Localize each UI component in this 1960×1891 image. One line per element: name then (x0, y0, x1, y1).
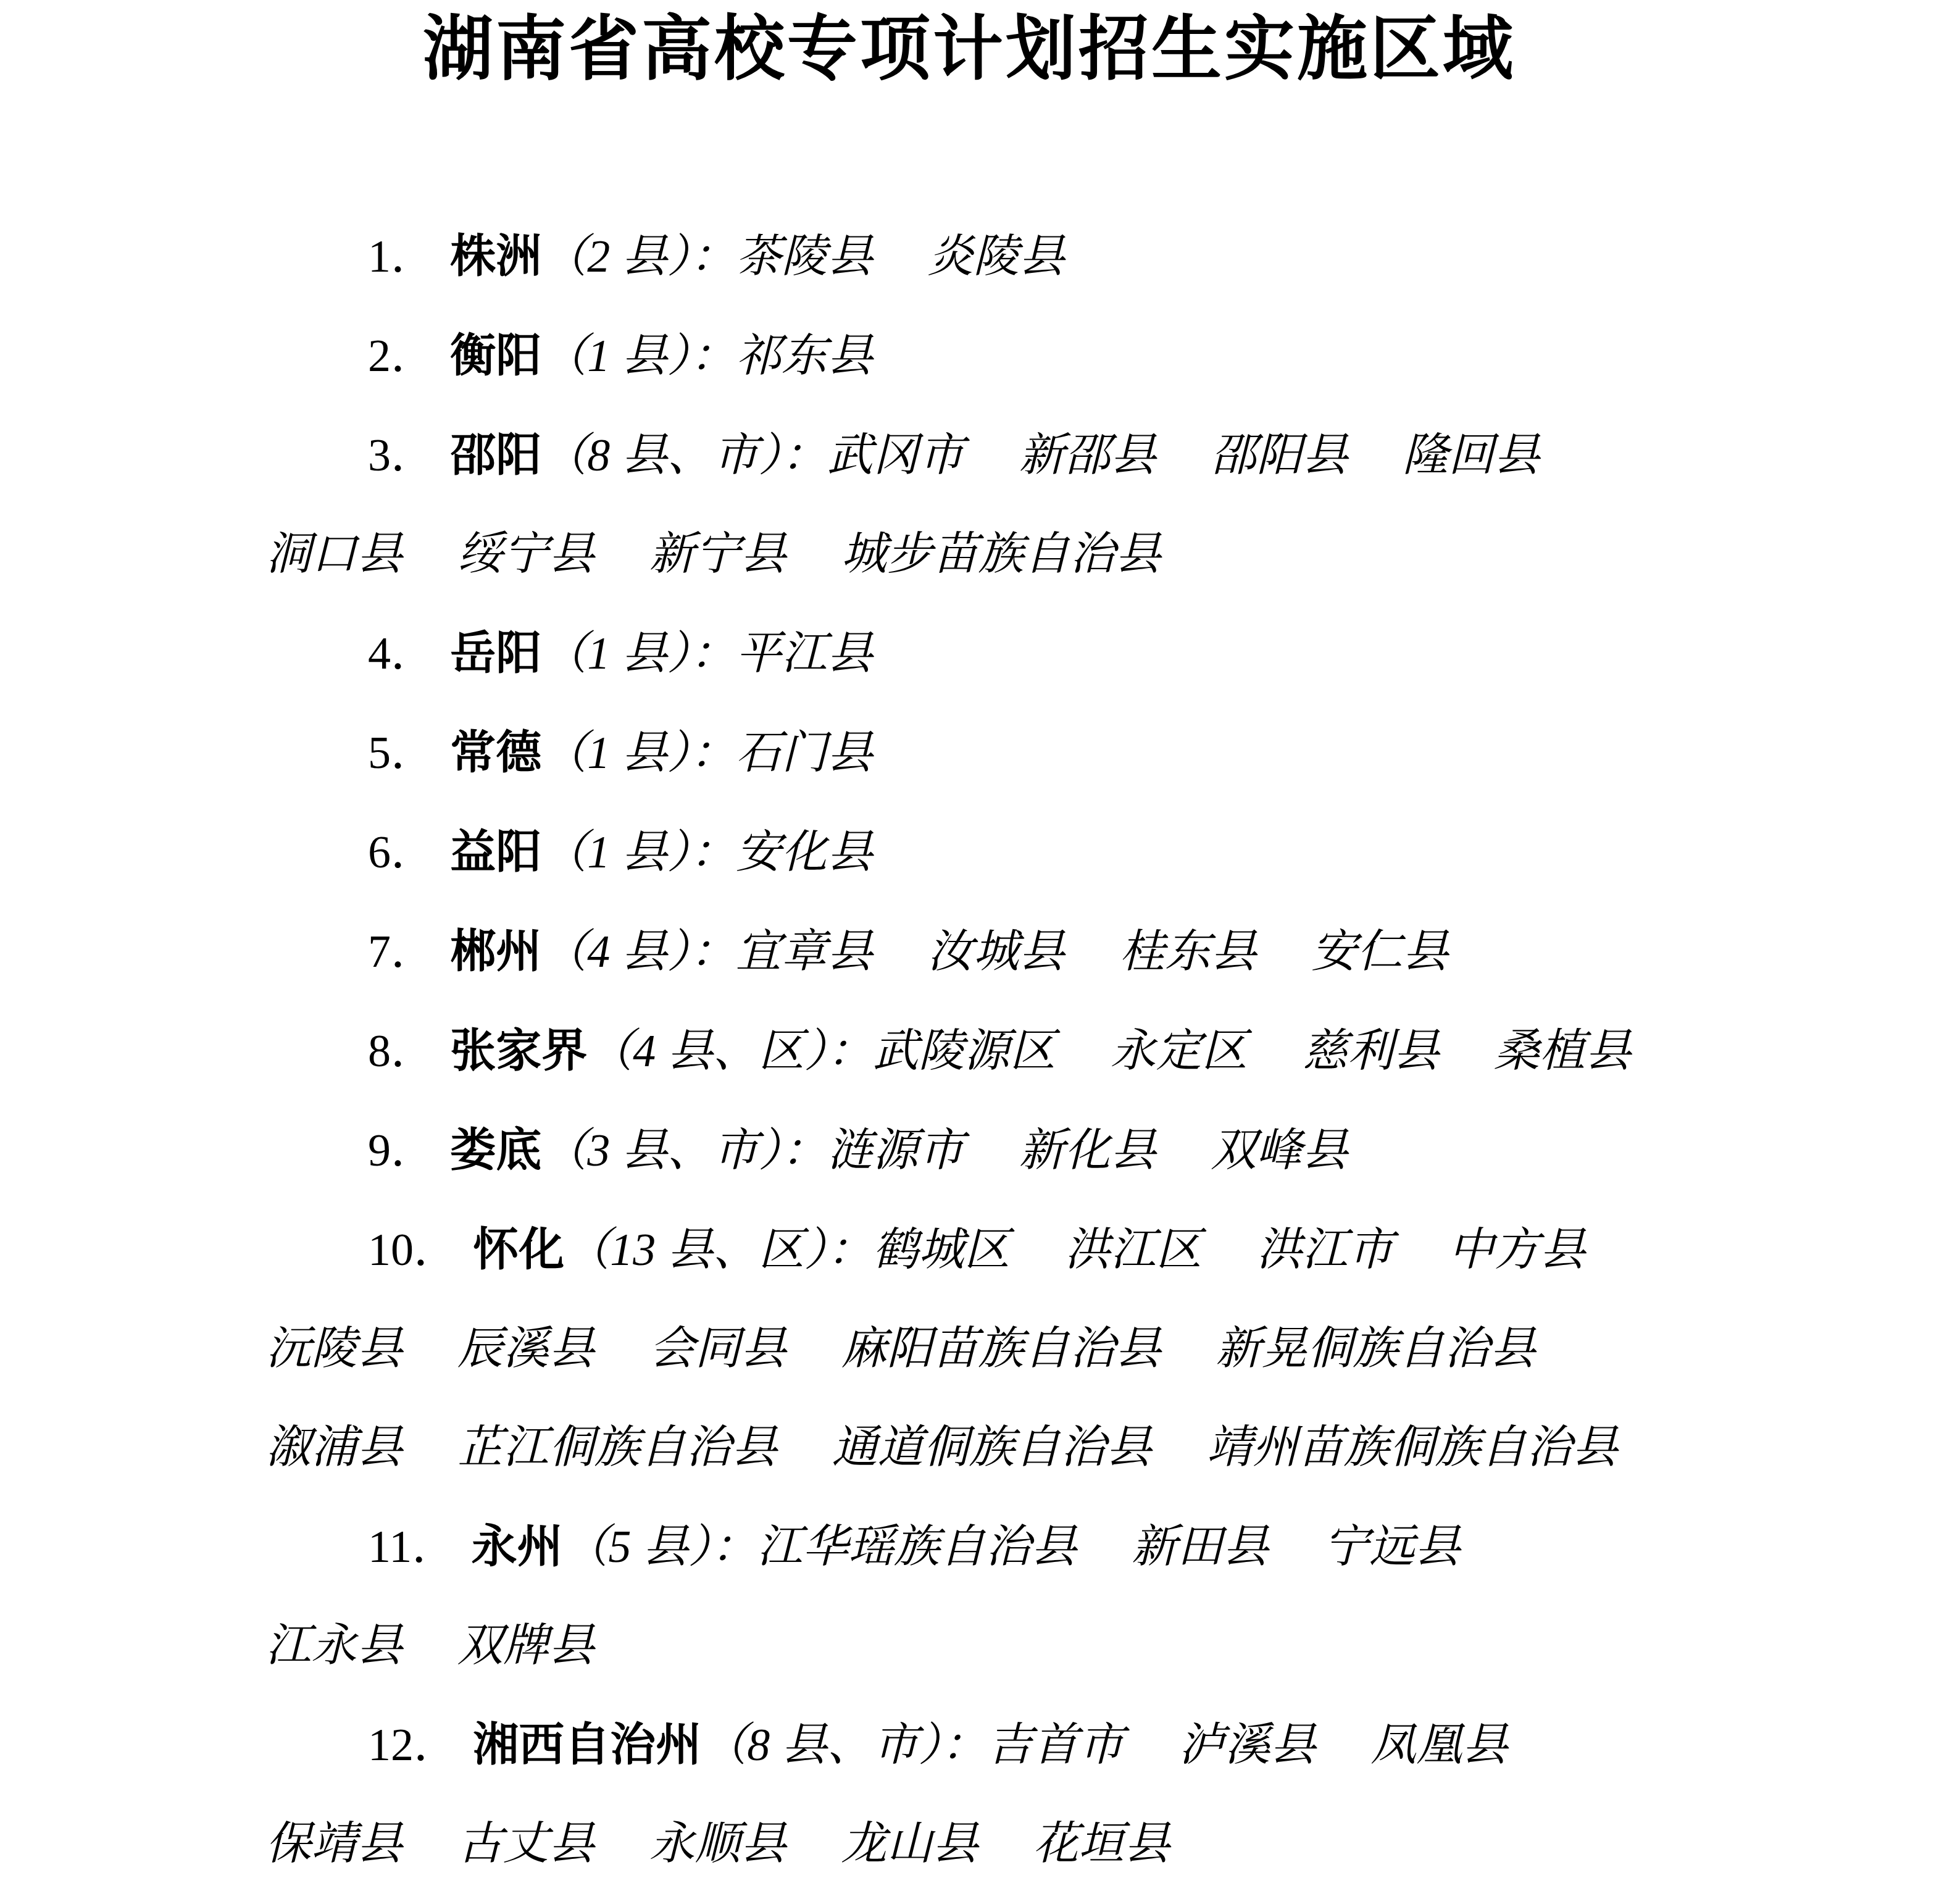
county-list: 武陵源区 永定区 慈利县 桑植县 (873, 1026, 1631, 1077)
county-count: （8 县、市）： (701, 1720, 987, 1771)
county-name: 花垣县 (1033, 1795, 1170, 1891)
county-name: 平江县 (736, 604, 873, 703)
item-number: 6． (368, 827, 436, 878)
region-item: 5．常德（1 县）：石门县 (265, 703, 1673, 803)
city-name: 益阳 (450, 826, 541, 877)
city-name: 邵阳 (450, 429, 541, 480)
item-number: 5． (368, 728, 436, 779)
county-name: 古丈县 (457, 1795, 594, 1891)
county-count: （1 县）： (541, 628, 736, 679)
county-list: 平江县 (736, 628, 873, 679)
item-number: 11． (368, 1522, 457, 1572)
item-number: 1． (368, 232, 436, 282)
county-name: 鹤城区 (873, 1201, 1010, 1300)
city-name: 衡阳 (450, 330, 541, 381)
county-count: （4 县）： (541, 927, 736, 977)
county-name: 靖州苗族侗族自治县 (1206, 1398, 1617, 1497)
city-name: 怀化 (473, 1224, 564, 1275)
county-name: 绥宁县 (457, 505, 594, 604)
county-name: 新邵县 (1019, 406, 1156, 505)
county-name: 隆回县 (1403, 406, 1540, 505)
county-name: 石门县 (736, 704, 873, 803)
county-count: （13 县、区）： (564, 1225, 873, 1275)
county-name: 安化县 (736, 803, 873, 902)
county-count: （4 县、区）： (587, 1026, 873, 1077)
county-name: 茶陵县 (736, 207, 873, 306)
county-name: 泸溪县 (1178, 1696, 1316, 1795)
county-count: （1 县）： (541, 331, 736, 382)
county-name: 新化县 (1019, 1101, 1156, 1200)
city-name: 株洲 (450, 230, 541, 282)
city-name: 永州 (471, 1521, 562, 1572)
county-name: 新宁县 (649, 505, 786, 604)
county-name: 祁东县 (736, 307, 873, 406)
county-name: 洪江区 (1064, 1201, 1201, 1300)
county-name: 宁远县 (1324, 1498, 1461, 1597)
city-name: 娄底 (450, 1124, 541, 1175)
city-name: 郴州 (450, 925, 541, 977)
county-name: 洞口县 (265, 505, 402, 604)
region-list: 1．株洲（2 县）：茶陵县 炎陵县 2．衡阳（1 县）：祁东县 3．邵阳（8 县… (265, 207, 1673, 1891)
county-count: （5 县）： (562, 1522, 757, 1572)
county-count: （8 县、市）： (541, 430, 827, 481)
county-name: 安仁县 (1311, 903, 1448, 1001)
county-name: 永顺县 (649, 1795, 786, 1891)
city-name: 岳阳 (450, 627, 541, 678)
item-number: 10． (368, 1225, 459, 1275)
county-list: 宜章县 汝城县 桂东县 安仁县 (736, 927, 1448, 977)
item-number: 8． (368, 1026, 436, 1077)
region-item: 3．邵阳（8 县、市）：武冈市 新邵县 邵阳县 隆回县 洞口县 绥宁县 新宁县 … (265, 406, 1673, 604)
county-count: （1 县）： (541, 827, 736, 878)
county-name: 洪江市 (1256, 1201, 1393, 1300)
county-count: （3 县、市）： (541, 1125, 827, 1176)
county-name: 炎陵县 (927, 207, 1064, 306)
county-name: 城步苗族自治县 (841, 505, 1161, 604)
county-name: 保靖县 (265, 1795, 402, 1891)
item-number: 3． (368, 430, 436, 481)
county-name: 麻阳苗族自治县 (841, 1300, 1161, 1398)
county-name: 汝城县 (927, 903, 1064, 1001)
county-name: 中方县 (1448, 1201, 1585, 1300)
county-name: 会同县 (649, 1300, 786, 1398)
county-name: 武冈市 (827, 406, 964, 505)
item-number: 7． (368, 927, 436, 977)
county-name: 江永县 (265, 1597, 402, 1695)
item-number: 4． (368, 628, 436, 679)
city-name: 常德 (450, 727, 541, 778)
county-name: 沅陵县 (265, 1300, 402, 1398)
county-name: 江华瑶族自治县 (757, 1498, 1077, 1597)
county-name: 慈利县 (1302, 1002, 1439, 1101)
county-list: 石门县 (736, 728, 873, 779)
item-number: 9． (368, 1125, 436, 1176)
city-name: 湘西自治州 (473, 1719, 701, 1770)
region-item: 9．娄底（3 县、市）：涟源市 新化县 双峰县 (265, 1101, 1673, 1200)
region-item: 8．张家界（4 县、区）：武陵源区 永定区 慈利县 桑植县 (265, 1001, 1673, 1101)
region-item: 11．永州（5 县）：江华瑶族自治县 新田县 宁远县 江永县 双牌县 (265, 1497, 1673, 1695)
county-name: 桂东县 (1119, 903, 1256, 1001)
county-list: 鹤城区 洪江区 洪江市 中方县 沅陵县 辰溪县 会同县 麻阳苗族自治县 新晃侗族… (265, 1225, 1628, 1473)
county-name: 宜章县 (736, 903, 873, 1001)
county-count: （2 县）： (541, 232, 736, 282)
region-item: 10．怀化（13 县、区）：鹤城区 洪江区 洪江市 中方县 沅陵县 辰溪县 会同… (265, 1200, 1673, 1497)
county-name: 武陵源区 (873, 1002, 1056, 1101)
county-name: 新晃侗族自治县 (1216, 1300, 1535, 1398)
item-number: 12． (368, 1720, 459, 1771)
document-page: 湖南省高校专项计划招生实施区域 1．株洲（2 县）：茶陵县 炎陵县 2．衡阳（1… (0, 0, 1960, 1891)
county-list: 茶陵县 炎陵县 (736, 232, 1065, 282)
county-name: 通道侗族自治县 (832, 1398, 1152, 1497)
county-name: 芷江侗族自治县 (457, 1398, 777, 1497)
county-name: 辰溪县 (457, 1300, 594, 1398)
county-name: 永定区 (1110, 1002, 1247, 1101)
county-list: 涟源市 新化县 双峰县 (827, 1125, 1348, 1176)
region-item: 2．衡阳（1 县）：祁东县 (265, 306, 1673, 406)
region-item: 1．株洲（2 县）：茶陵县 炎陵县 (265, 207, 1673, 306)
region-item: 4．岳阳（1 县）：平江县 (265, 604, 1673, 703)
region-item: 7．郴州（4 县）：宜章县 汝城县 桂东县 安仁县 (265, 902, 1673, 1001)
county-name: 新田县 (1132, 1498, 1269, 1597)
item-number: 2． (368, 331, 436, 382)
county-name: 桑植县 (1494, 1002, 1631, 1101)
region-item: 12．湘西自治州（8 县、市）：吉首市 泸溪县 凤凰县 保靖县 古丈县 永顺县 … (265, 1695, 1673, 1891)
region-item: 6．益阳（1 县）：安化县 (265, 803, 1673, 902)
county-name: 吉首市 (987, 1696, 1124, 1795)
county-name: 邵阳县 (1211, 406, 1348, 505)
county-list: 祁东县 (736, 331, 873, 382)
county-name: 龙山县 (841, 1795, 978, 1891)
city-name: 张家界 (450, 1025, 587, 1076)
county-name: 双牌县 (457, 1597, 594, 1695)
page-title: 湖南省高校专项计划招生实施区域 (265, 6, 1673, 93)
county-list: 安化县 (736, 827, 873, 878)
county-name: 涟源市 (827, 1101, 964, 1200)
county-name: 凤凰县 (1370, 1696, 1508, 1795)
county-count: （1 县）： (541, 728, 736, 779)
county-name: 双峰县 (1211, 1101, 1348, 1200)
county-name: 溆浦县 (265, 1398, 402, 1497)
